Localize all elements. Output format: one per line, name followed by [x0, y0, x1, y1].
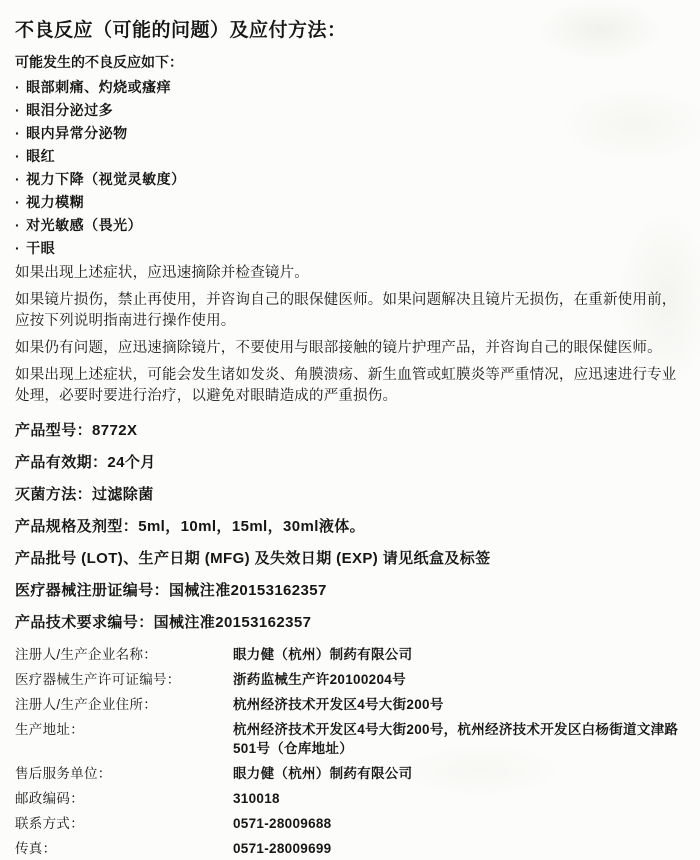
- sterilization-method: 灭菌方法：过滤除菌: [15, 485, 680, 504]
- bullet-dot: ·: [15, 125, 20, 141]
- product-info-section: 产品型号：8772X 产品有效期：24个月 灭菌方法：过滤除菌 产品规格及剂型：…: [15, 421, 680, 632]
- paragraph-lens-damage: 如果镜片损伤，禁止再使用，并咨询自己的眼保健医师。如果问题解决且镜片无损伤，在重…: [15, 290, 680, 332]
- page-title: 不良反应（可能的问题）及应付方法：: [15, 18, 680, 44]
- lot-mfg-exp-note: 产品批号 (LOT)、生产日期 (MFG) 及失效日期 (EXP) 请见纸盒及标…: [15, 549, 680, 568]
- row-label: 注册人/生产企业名称：: [15, 645, 233, 664]
- list-item-text: 眼部刺痛、灼烧或瘙痒: [26, 77, 171, 97]
- list-item: ·对光敏感（畏光）: [15, 213, 680, 236]
- paragraph-serious-conditions: 如果出现上述症状，可能会发生诸如发炎、角膜溃疡、新生血管或虹膜炎等严重情况，应迅…: [15, 365, 680, 407]
- row-value: 310018: [233, 789, 680, 808]
- product-model: 产品型号：8772X: [15, 421, 680, 440]
- table-row-registrant-address: 注册人/生产企业住所： 杭州经济技术开发区4号大街200号: [15, 695, 680, 714]
- table-row-after-sales-unit: 售后服务单位： 眼力健（杭州）制药有限公司: [15, 764, 680, 783]
- list-item: ·眼部刺痛、灼烧或瘙痒: [15, 75, 680, 98]
- list-item-text: 干眼: [26, 238, 55, 258]
- list-item: ·眼内异常分泌物: [15, 121, 680, 144]
- row-value: 杭州经济技术开发区4号大街200号: [233, 695, 680, 714]
- list-item: ·视力模糊: [15, 190, 680, 213]
- row-value: 眼力健（杭州）制药有限公司: [233, 645, 680, 664]
- product-specs: 产品规格及剂型：5ml，10ml，15ml，30ml液体。: [15, 517, 680, 536]
- row-label: 联系方式：: [15, 814, 233, 833]
- bullet-dot: ·: [15, 240, 20, 256]
- row-label: 生产地址：: [15, 720, 233, 758]
- list-item: ·干眼: [15, 236, 680, 259]
- list-item: ·眼红: [15, 144, 680, 167]
- table-row-fax: 传真： 0571-28009699: [15, 839, 680, 858]
- document-page: 不良反应（可能的问题）及应付方法： 可能发生的不良反应如下： ·眼部刺痛、灼烧或…: [0, 0, 700, 860]
- table-row-manufacturer-name: 注册人/生产企业名称： 眼力健（杭州）制药有限公司: [15, 645, 680, 664]
- adverse-reactions-list: ·眼部刺痛、灼烧或瘙痒 ·眼泪分泌过多 ·眼内异常分泌物 ·眼红 ·视力下降（视…: [15, 75, 680, 259]
- row-value: 0571-28009688: [233, 814, 680, 833]
- row-label: 传真：: [15, 839, 233, 858]
- bullet-dot: ·: [15, 148, 20, 164]
- list-item-text: 视力下降（视觉灵敏度）: [26, 169, 186, 189]
- bullet-dot: ·: [15, 217, 20, 233]
- bullet-dot: ·: [15, 194, 20, 210]
- list-item-text: 对光敏感（畏光）: [26, 215, 142, 235]
- row-label: 售后服务单位：: [15, 764, 233, 783]
- list-item: ·视力下降（视觉灵敏度）: [15, 167, 680, 190]
- paragraph-persisting-problem: 如果仍有问题，应迅速摘除镜片，不要使用与眼部接触的镜片护理产品，并咨询自己的眼保…: [15, 338, 680, 359]
- list-item-text: 眼红: [26, 146, 55, 166]
- list-item: ·眼泪分泌过多: [15, 98, 680, 121]
- product-shelf-life: 产品有效期：24个月: [15, 453, 680, 472]
- list-item-text: 眼泪分泌过多: [26, 100, 113, 120]
- intro-line: 可能发生的不良反应如下：: [15, 53, 680, 71]
- bullet-dot: ·: [15, 79, 20, 95]
- table-row-postal-code: 邮政编码： 310018: [15, 789, 680, 808]
- row-label: 邮政编码：: [15, 789, 233, 808]
- row-label: 医疗器械生产许可证编号：: [15, 670, 233, 689]
- row-label: 注册人/生产企业住所：: [15, 695, 233, 714]
- table-row-phone: 联系方式： 0571-28009688: [15, 814, 680, 833]
- bullet-dot: ·: [15, 102, 20, 118]
- technical-requirement-number: 产品技术要求编号：国械注准20153162357: [15, 613, 680, 632]
- list-item-text: 眼内异常分泌物: [26, 123, 128, 143]
- table-row-production-address: 生产地址： 杭州经济技术开发区4号大街200号，杭州经济技术开发区白杨街道文津路…: [15, 720, 680, 758]
- paragraph-symptoms: 如果出现上述症状，应迅速摘除并检查镜片。: [15, 263, 680, 284]
- row-value: 0571-28009699: [233, 839, 680, 858]
- table-row-production-license: 医疗器械生产许可证编号： 浙药监械生产许20100204号: [15, 670, 680, 689]
- list-item-text: 视力模糊: [26, 192, 84, 212]
- device-registration-number: 医疗器械注册证编号：国械注准20153162357: [15, 581, 680, 600]
- row-value: 眼力健（杭州）制药有限公司: [233, 764, 680, 783]
- row-value: 杭州经济技术开发区4号大街200号，杭州经济技术开发区白杨街道文津路501号（仓…: [233, 720, 680, 758]
- registration-table: 注册人/生产企业名称： 眼力健（杭州）制药有限公司 医疗器械生产许可证编号： 浙…: [15, 645, 680, 858]
- row-value: 浙药监械生产许20100204号: [233, 670, 680, 689]
- bullet-dot: ·: [15, 171, 20, 187]
